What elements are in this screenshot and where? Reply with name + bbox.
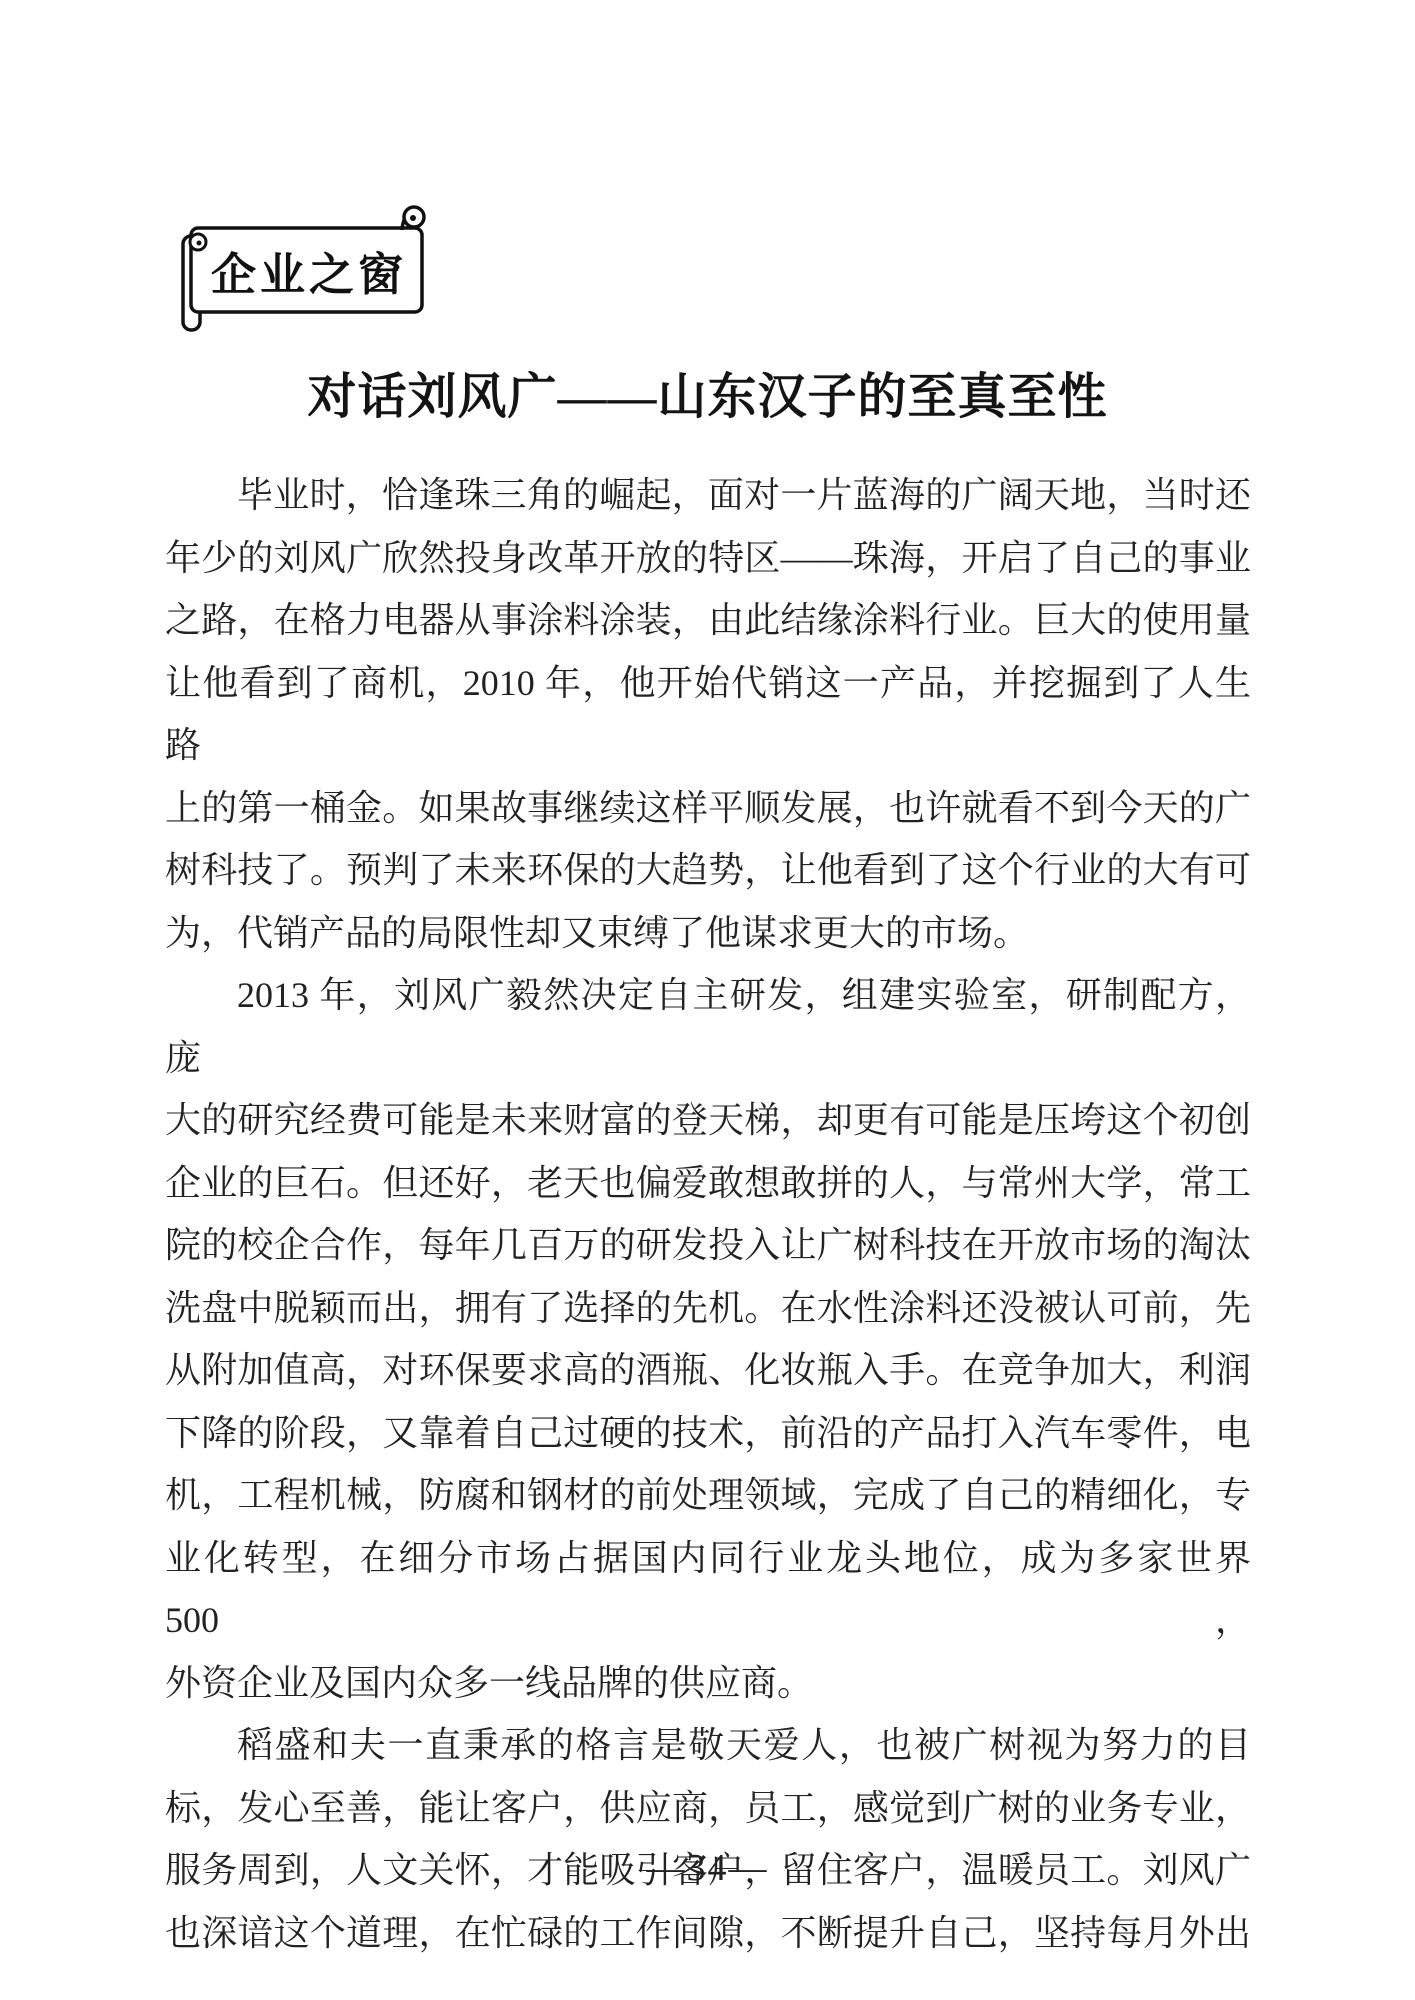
- document-page: 企业之窗 对话刘风广——山东汉子的至真至性 毕业时，恰逢珠三角的崛起，面对一片蓝…: [0, 0, 1415, 2000]
- article-body: 毕业时，恰逢珠三角的崛起，面对一片蓝海的广阔天地，当时还 年少的刘风广欣然投身改…: [165, 464, 1251, 1964]
- text-line: 2013 年，刘风广毅然决定自主研发，组建实验室，研制配方，庞: [165, 964, 1251, 1089]
- page-number: —34—: [0, 1846, 1415, 1890]
- text-line: 院的校企合作，每年几百万的研发投入让广树科技在开放市场的淘汰: [165, 1214, 1251, 1277]
- banner-label: 企业之窗: [198, 230, 420, 310]
- text-line: 下降的阶段，又靠着自己过硬的技术，前沿的产品打入汽车零件，电: [165, 1402, 1251, 1465]
- text-line: 标，发心至善，能让客户，供应商，员工，感觉到广树的业务专业，: [165, 1777, 1251, 1840]
- text-line: 年少的刘风广欣然投身改革开放的特区——珠海，开启了自己的事业: [165, 527, 1251, 590]
- paragraph: 2013 年，刘风广毅然决定自主研发，组建实验室，研制配方，庞 大的研究经费可能…: [165, 964, 1251, 1714]
- paragraph: 毕业时，恰逢珠三角的崛起，面对一片蓝海的广阔天地，当时还 年少的刘风广欣然投身改…: [165, 464, 1251, 964]
- text-line: 也深谙这个道理，在忙碌的工作间隙，不断提升自己，坚持每月外出: [165, 1902, 1251, 1965]
- text-line: 从附加值高，对环保要求高的酒瓶、化妆瓶入手。在竞争加大，利润: [165, 1339, 1251, 1402]
- text-line: 业化转型，在细分市场占据国内同行业龙头地位，成为多家世界 500，: [165, 1527, 1251, 1652]
- text-line: 企业的巨石。但还好，老天也偏爱敢想敢拼的人，与常州大学，常工: [165, 1152, 1251, 1215]
- text-line: 让他看到了商机，2010 年，他开始代销这一产品，并挖掘到了人生路: [165, 652, 1251, 777]
- text-line: 洗盘中脱颖而出，拥有了选择的先机。在水性涂料还没被认可前，先: [165, 1277, 1251, 1340]
- text-line: 树科技了。预判了未来环保的大趋势，让他看到了这个行业的大有可: [165, 839, 1251, 902]
- text-line: 外资企业及国内众多一线品牌的供应商。: [165, 1652, 1251, 1715]
- text-line: 大的研究经费可能是未来财富的登天梯，却更有可能是压垮这个初创: [165, 1089, 1251, 1152]
- section-banner: 企业之窗: [176, 198, 436, 340]
- text-line: 为，代销产品的局限性却又束缚了他谋求更大的市场。: [165, 902, 1251, 965]
- text-line: 机，工程机械，防腐和钢材的前处理领域，完成了自己的精细化，专: [165, 1464, 1251, 1527]
- paragraph: 稻盛和夫一直秉承的格言是敬天爱人，也被广树视为努力的目 标，发心至善，能让客户，…: [165, 1714, 1251, 1964]
- text-line: 上的第一桶金。如果故事继续这样平顺发展，也许就看不到今天的广: [165, 777, 1251, 840]
- text-line: 毕业时，恰逢珠三角的崛起，面对一片蓝海的广阔天地，当时还: [165, 464, 1251, 527]
- text-line: 之路，在格力电器从事涂料涂装，由此结缘涂料行业。巨大的使用量: [165, 589, 1251, 652]
- page-title: 对话刘风广——山东汉子的至真至性: [0, 358, 1415, 428]
- text-line: 稻盛和夫一直秉承的格言是敬天爱人，也被广树视为努力的目: [165, 1714, 1251, 1777]
